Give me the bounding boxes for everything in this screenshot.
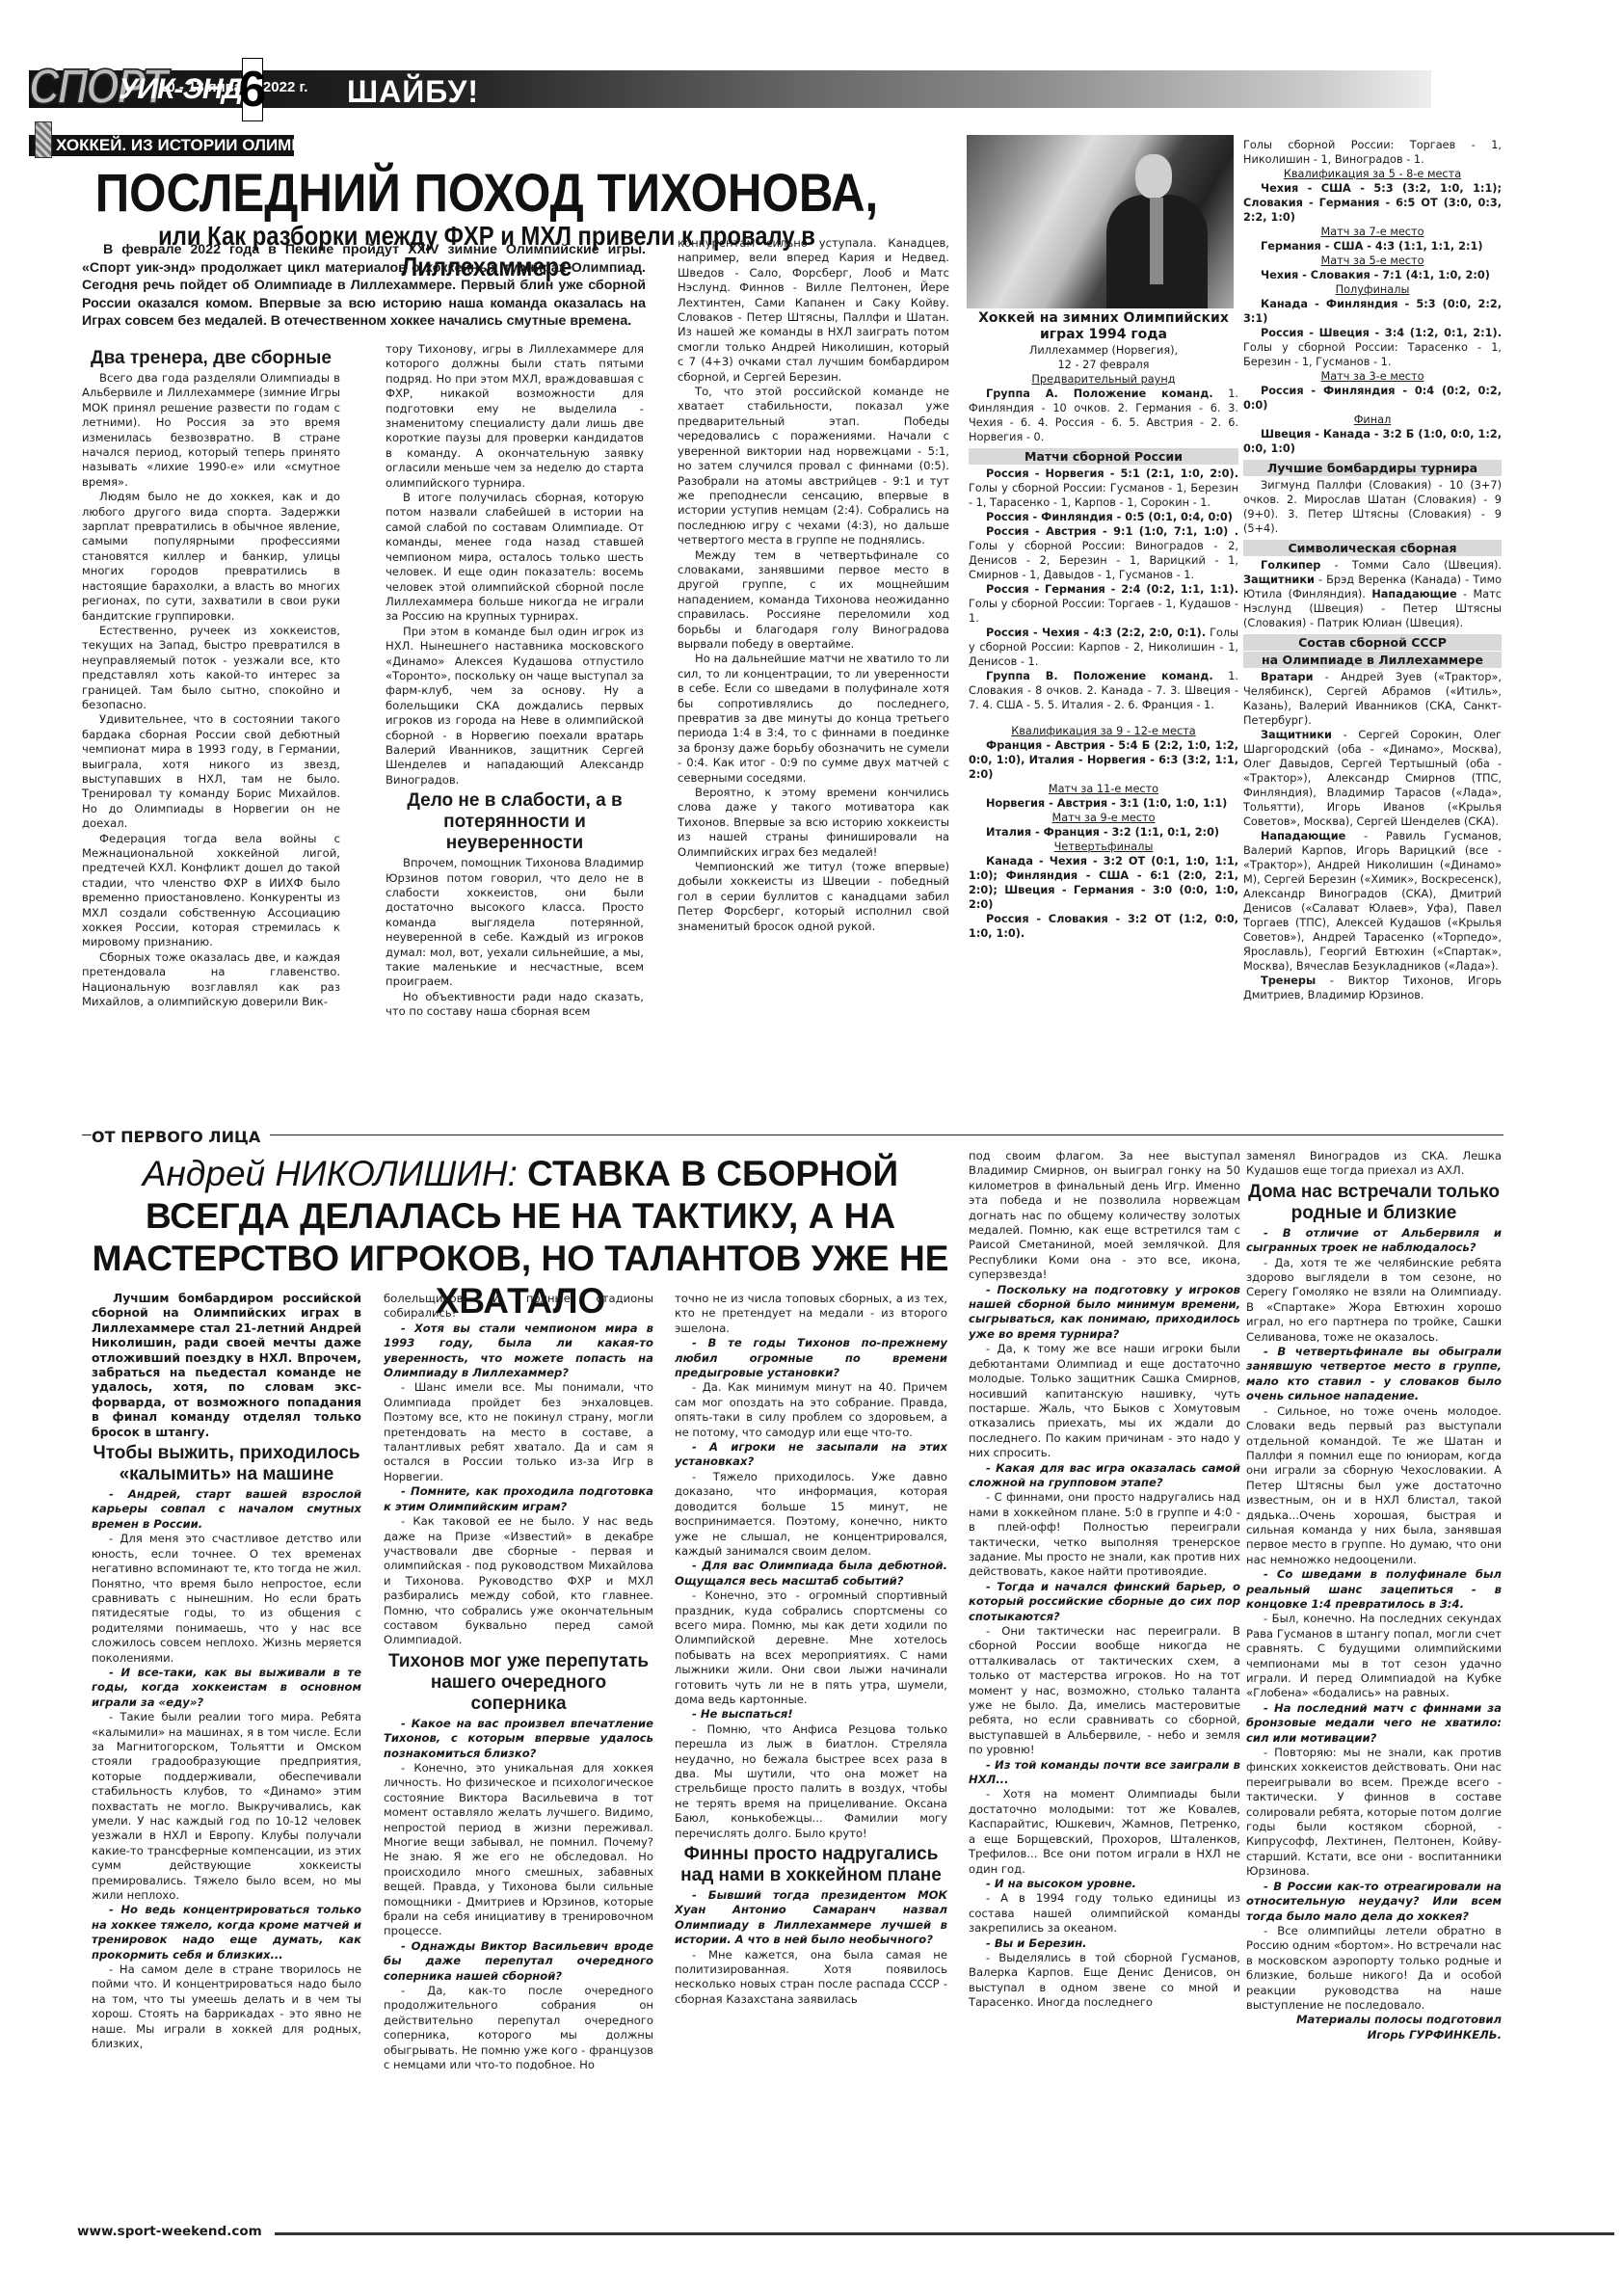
stage-heading: Квалификация за 9 - 12-е места (969, 724, 1238, 738)
question: - Для вас Олимпиада была дебютной. Ощуща… (675, 1559, 947, 1589)
answer: под своим флагом. За нее выступал Владим… (969, 1149, 1240, 1283)
answer: - Тяжело приходилось. Уже давно доказано… (675, 1470, 947, 1559)
match-score: Россия - Швеция - 3:4 (1:2, 0:1, 2:1). (1261, 327, 1502, 339)
question: - Со шведами в полуфинале был реальный ш… (1246, 1567, 1502, 1612)
question: - В четвертьфинале вы обыграли занявшую … (1246, 1345, 1502, 1404)
match-score: Канада - Чехия - 3:2 ОТ (0:1, 1:0, 1:1, … (969, 854, 1238, 912)
question: - Какое на вас произвел впечатление Тихо… (384, 1717, 653, 1761)
paragraph: Людям было не до хоккея, как и до любого… (82, 490, 340, 624)
section-title: ХОККЕЙ. ИЗ ИСТОРИИ ОЛИМПИАД (56, 135, 339, 156)
box-heading: Лучшие бомбардиры турнира (1243, 460, 1502, 476)
stage-heading: Матч за 9-е место (969, 811, 1238, 825)
footer-rule (275, 2232, 1614, 2235)
answer: - На самом деле в стране творилось не по… (92, 1962, 361, 2051)
stage-heading: Предварительный раунд (969, 372, 1238, 387)
interview-column-1: Лучшим бомбардиром российской сборной на… (92, 1292, 361, 2052)
paragraph: При этом в команде был один игрок из НХЛ… (386, 625, 644, 788)
question: - Хотя вы стали чемпионом мира в 1993 го… (384, 1322, 653, 1381)
match-score: Норвегия - Австрия - 3:1 (1:0, 1:0, 1:1) (969, 796, 1238, 811)
interviewee-last-name: НИКОЛИШИН: (275, 1154, 517, 1193)
interview-column-3: точно не из числа топовых сборных, а из … (675, 1292, 947, 2007)
results-sidebar-col1: Хоккей на зимних Олимпийских играх 1994 … (969, 310, 1238, 941)
answer: - Помню, что Анфиса Резцова только переш… (675, 1722, 947, 1841)
answer: - Шанс имели все. Мы понимали, что Олимп… (384, 1380, 653, 1484)
match-score: Россия - Финляндия - 0:4 (0:2, 0:2, 0:0) (1243, 384, 1502, 413)
question: - В те годы Тихонов по-прежнему любил ог… (675, 1336, 947, 1380)
answer: - Да. Как минимум минут на 40. Причем са… (675, 1380, 947, 1440)
answer: болельщиков. И полные стадионы собиралис… (384, 1292, 653, 1322)
answer: - Хотя на момент Олимпиады были достаточ… (969, 1787, 1240, 1876)
answer: - Такие были реалии того мира. Ребята «к… (92, 1710, 361, 1903)
group-heading: Группа В. Положение команд. (986, 670, 1213, 682)
box-heading: Символическая сборная (1243, 540, 1502, 556)
question: - И все-таки, как вы выживали в те годы,… (92, 1666, 361, 1710)
subheading: Тихонов мог уже перепутать нашего очеред… (384, 1651, 653, 1715)
subheading: Дело не в слабости, а в потерянности и н… (386, 790, 644, 854)
position-label: Нападающие (1261, 830, 1345, 842)
match-score: Россия - Финляндия - 0:5 (0:1, 0:4, 0:0) (986, 511, 1233, 523)
answer: - Для меня это счастливое детство или юн… (92, 1532, 361, 1666)
sidebar-place: Лиллехаммер (Норвегия), (969, 343, 1238, 358)
match-score: Россия - Германия - 2:4 (0:2, 1:1, 1:1). (986, 583, 1238, 596)
article1-column-1: Два тренера, две сборные Всего два года … (82, 345, 340, 1009)
match-score: Италия - Франция - 3:2 (1:1, 0:1, 2:0) (969, 825, 1238, 840)
answer: - Все олимпийцы летели обратно в Россию … (1246, 1924, 1502, 2013)
question: - Какая для вас игра оказалась самой сло… (969, 1461, 1240, 1491)
sidebar-dates: 12 - 27 февраля (969, 358, 1238, 372)
answer: - Сильное, но тоже очень молодое. Словак… (1246, 1404, 1502, 1567)
paragraph: Сборных тоже оказалась две, и каждая пре… (82, 950, 340, 1010)
photo-tikhonov (967, 135, 1234, 308)
paragraph: Всего два года разделяли Олимпиады в Аль… (82, 371, 340, 490)
answer: - Повторяю: мы не знали, как против финс… (1246, 1746, 1502, 1880)
stage-heading: Четвертьфиналы (969, 840, 1238, 854)
hockey-player-icon (35, 121, 52, 158)
subheading: Дома нас встречали только родные и близк… (1246, 1182, 1502, 1224)
issue-date: 10 - 13 января 2022 г. (159, 79, 307, 95)
question: - А игроки не засыпали на этих установка… (675, 1440, 947, 1470)
box-heading: Состав сборной СССР (1243, 634, 1502, 651)
question: - Бывший тогда президентом МОК Хуан Анто… (675, 1888, 947, 1948)
box-heading: на Олимпиаде в Лиллехаммере (1243, 652, 1502, 668)
answer: - Они тактически нас переиграли. В сборн… (969, 1624, 1240, 1758)
answer: - Выделялись в той сборной Гусманов, Вал… (969, 1951, 1240, 2011)
match-score: Россия - Чехия - 4:3 (2:2, 2:0, 0:1). (986, 627, 1206, 639)
answer: - Мне кажется, она была самая не политиз… (675, 1948, 947, 2008)
rubric-title: ШАЙБУ! (347, 74, 479, 110)
stage-heading: Матч за 5-е место (1243, 254, 1502, 268)
author-credit: Материалы полосы подготовил (1246, 2013, 1502, 2027)
player-names: - Равиль Гусманов, Валерий Карпов, Игорь… (1243, 830, 1502, 973)
question: - На последний матч с финнами за бронзов… (1246, 1701, 1502, 1746)
interview-column-5: заменял Виноградов из СКА. Лешка Кудашов… (1246, 1149, 1502, 2042)
question: - Поскольку на подготовку у игроков наше… (969, 1283, 1240, 1343)
match-score: Чехия - Словакия - 7:1 (4:1, 1:0, 2:0) (1243, 268, 1502, 282)
question: - В отличие от Альбервиля и сыгранных тр… (1246, 1226, 1502, 1256)
match-goals: Голы у сборной России: Тарасенко - 1, Бе… (1243, 341, 1502, 368)
question: - Из той команды почти все заиграли в НХ… (969, 1758, 1240, 1788)
paragraph: конкурентам сильно уступала. Канадцев, н… (678, 236, 949, 385)
answer: - Да, как-то после очередного продолжите… (384, 1984, 653, 2072)
paragraph: Федерация тогда вела войны с Межнационал… (82, 832, 340, 950)
results-sidebar-col2: Голы сборной России: Торгаев - 1, Николи… (1243, 138, 1502, 1002)
position-label: Защитники (1261, 729, 1332, 741)
paragraph: Впрочем, помощник Тихонова Владимир Юрзи… (386, 856, 644, 990)
paragraph: Но на дальнейшие матчи не хватило то ли … (678, 652, 949, 786)
answer: - А в 1994 году только единицы из состав… (969, 1891, 1240, 1936)
paragraph: Вероятно, к этому времени кончились слов… (678, 786, 949, 860)
top-scorers: Зигмунд Паллфи (Словакия) - 10 (3+7) очк… (1243, 478, 1502, 536)
player-names: - Томми Сало (Швеция). (1320, 559, 1502, 572)
paragraph: То, что этой российской команде не хвата… (678, 385, 949, 547)
answer: - С финнами, они просто надругались над … (969, 1490, 1240, 1579)
answer: - Да, к тому же все наши игроки были деб… (969, 1342, 1240, 1460)
position-label: Нападающие (1371, 588, 1456, 601)
section-divider (82, 1135, 1503, 1135)
stage-heading: Матч за 11-е место (969, 782, 1238, 796)
paragraph: тору Тихонову, игры в Лиллехаммере для к… (386, 342, 644, 491)
website-link[interactable]: www.sport-weekend.com (77, 2224, 262, 2239)
stage-heading: Матч за 7-е место (1243, 225, 1502, 239)
interview-column-4: под своим флагом. За нее выступал Владим… (969, 1149, 1240, 2011)
match-score: Россия - Словакия - 3:2 ОТ (1:2, 0:0, 1:… (969, 912, 1238, 941)
stage-heading: Полуфиналы (1243, 282, 1502, 297)
article-lead: В феврале 2022 года в Пекине пройдут XXI… (82, 241, 646, 331)
match-score: Франция - Австрия - 5:4 Б (2:2, 1:0, 1:2… (969, 738, 1238, 782)
question: - Помните, как проходила подготовка к эт… (384, 1484, 653, 1514)
question: - И на высоком уровне. (969, 1877, 1240, 1891)
answer: точно не из числа топовых сборных, а из … (675, 1292, 947, 1336)
position-label: Вратари (1261, 671, 1314, 683)
answer: заменял Виноградов из СКА. Лешка Кудашов… (1246, 1149, 1502, 1179)
answer: - Конечно, это уникальная для хоккея лич… (384, 1761, 653, 1939)
box-heading: Матчи сборной России (969, 448, 1238, 465)
match-score: Россия - Австрия - 9:1 (1:0, 7:1, 1:0) . (986, 525, 1238, 538)
question: - Не выспаться! (675, 1707, 947, 1722)
match-goals: Голы у сборной России: Торгаев - 1, Куда… (969, 598, 1238, 625)
match-goals: Голы сборной России: Торгаев - 1, Николи… (1243, 138, 1502, 167)
page-number: 6 (242, 58, 263, 121)
interview-lead: Лучшим бомбардиром российской сборной на… (92, 1292, 361, 1440)
question: - Однажды Виктор Васильевич вроде бы даж… (384, 1939, 653, 1984)
question: - Вы и Березин. (969, 1936, 1240, 1951)
article1-column-2: тору Тихонову, игры в Лиллехаммере для к… (386, 342, 644, 1020)
answer: - Да, хотя те же челябинские ребята здор… (1246, 1256, 1502, 1345)
interviewee-first-name: Андрей (143, 1154, 276, 1193)
match-goals: Голы у сборной России: Гусманов - 1, Бер… (969, 482, 1238, 509)
answer: - Как таковой ее не было. У нас ведь даж… (384, 1514, 653, 1648)
subheading: Финны просто надругались над нами в хокк… (675, 1844, 947, 1886)
article-headline: ПОСЛЕДНИЙ ПОХОД ТИХОНОВА, (84, 164, 890, 222)
question: - Тогда и начался финский барьер, о кото… (969, 1580, 1240, 1624)
match-score: Россия - Норвегия - 5:1 (2:1, 1:0, 2:0). (986, 467, 1238, 480)
position-label: Защитники (1243, 574, 1315, 586)
stage-heading: Матч за 3-е место (1243, 369, 1502, 384)
paragraph: Чемпионский же титул (тоже впервые) добы… (678, 860, 949, 934)
player-names: - Сергей Сорокин, Олег Шаргородский (оба… (1243, 729, 1502, 828)
match-score: Швеция - Канада - 3:2 Б (1:0, 0:0, 1:2, … (1243, 427, 1502, 456)
article1-column-3: конкурентам сильно уступала. Канадцев, н… (678, 236, 949, 934)
position-label: Тренеры (1261, 974, 1316, 987)
answer: - Конечно, это - огромный спортивный пра… (675, 1589, 947, 1707)
subheading: Два тренера, две сборные (82, 348, 340, 369)
interview-column-2: болельщиков. И полные стадионы собиралис… (384, 1292, 653, 2073)
group-heading: Группа А. Положение команд. (986, 387, 1213, 400)
paragraph: В итоге получилась сборная, которую пото… (386, 491, 644, 625)
match-goals: Голы у сборной России: Виноградов - 2, Д… (969, 540, 1238, 581)
question: - В России как-то отреагировали на относ… (1246, 1880, 1502, 1924)
match-score: Германия - США - 4:3 (1:1, 1:1, 2:1) (1243, 239, 1502, 254)
match-score: Чехия - США - 5:3 (3:2, 1:0, 1:1); Слова… (1243, 181, 1502, 225)
paragraph: Удивительнее, что в состоянии такого бар… (82, 712, 340, 831)
paragraph: Между тем в четвертьфинале со словаками,… (678, 548, 949, 653)
answer: - Был, конечно. На последних секундах Ра… (1246, 1612, 1502, 1700)
author-name: Игорь ГУРФИНКЕЛЬ. (1246, 2028, 1502, 2042)
paragraph: Но объективности ради надо сказать, что … (386, 990, 644, 1020)
stage-heading: Квалификация за 5 - 8-е места (1243, 167, 1502, 181)
subheading: Чтобы выжить, приходилось «калымить» на … (92, 1443, 361, 1485)
position-label: Голкипер (1261, 559, 1320, 572)
paragraph: Естественно, ручеек из хоккеистов, текущ… (82, 624, 340, 712)
kicker: ОТ ПЕРВОГО ЛИЦА (92, 1128, 270, 1146)
stage-heading: Финал (1243, 413, 1502, 427)
match-score: Канада - Финляндия - 5:3 (0:0, 2:2, 3:1) (1243, 297, 1502, 326)
question: - Андрей, старт вашей взрослой карьеры с… (92, 1487, 361, 1532)
sidebar-title: Хоккей на зимних Олимпийских играх 1994 … (969, 310, 1238, 343)
question: - Но ведь концентрироваться только на хо… (92, 1903, 361, 1962)
